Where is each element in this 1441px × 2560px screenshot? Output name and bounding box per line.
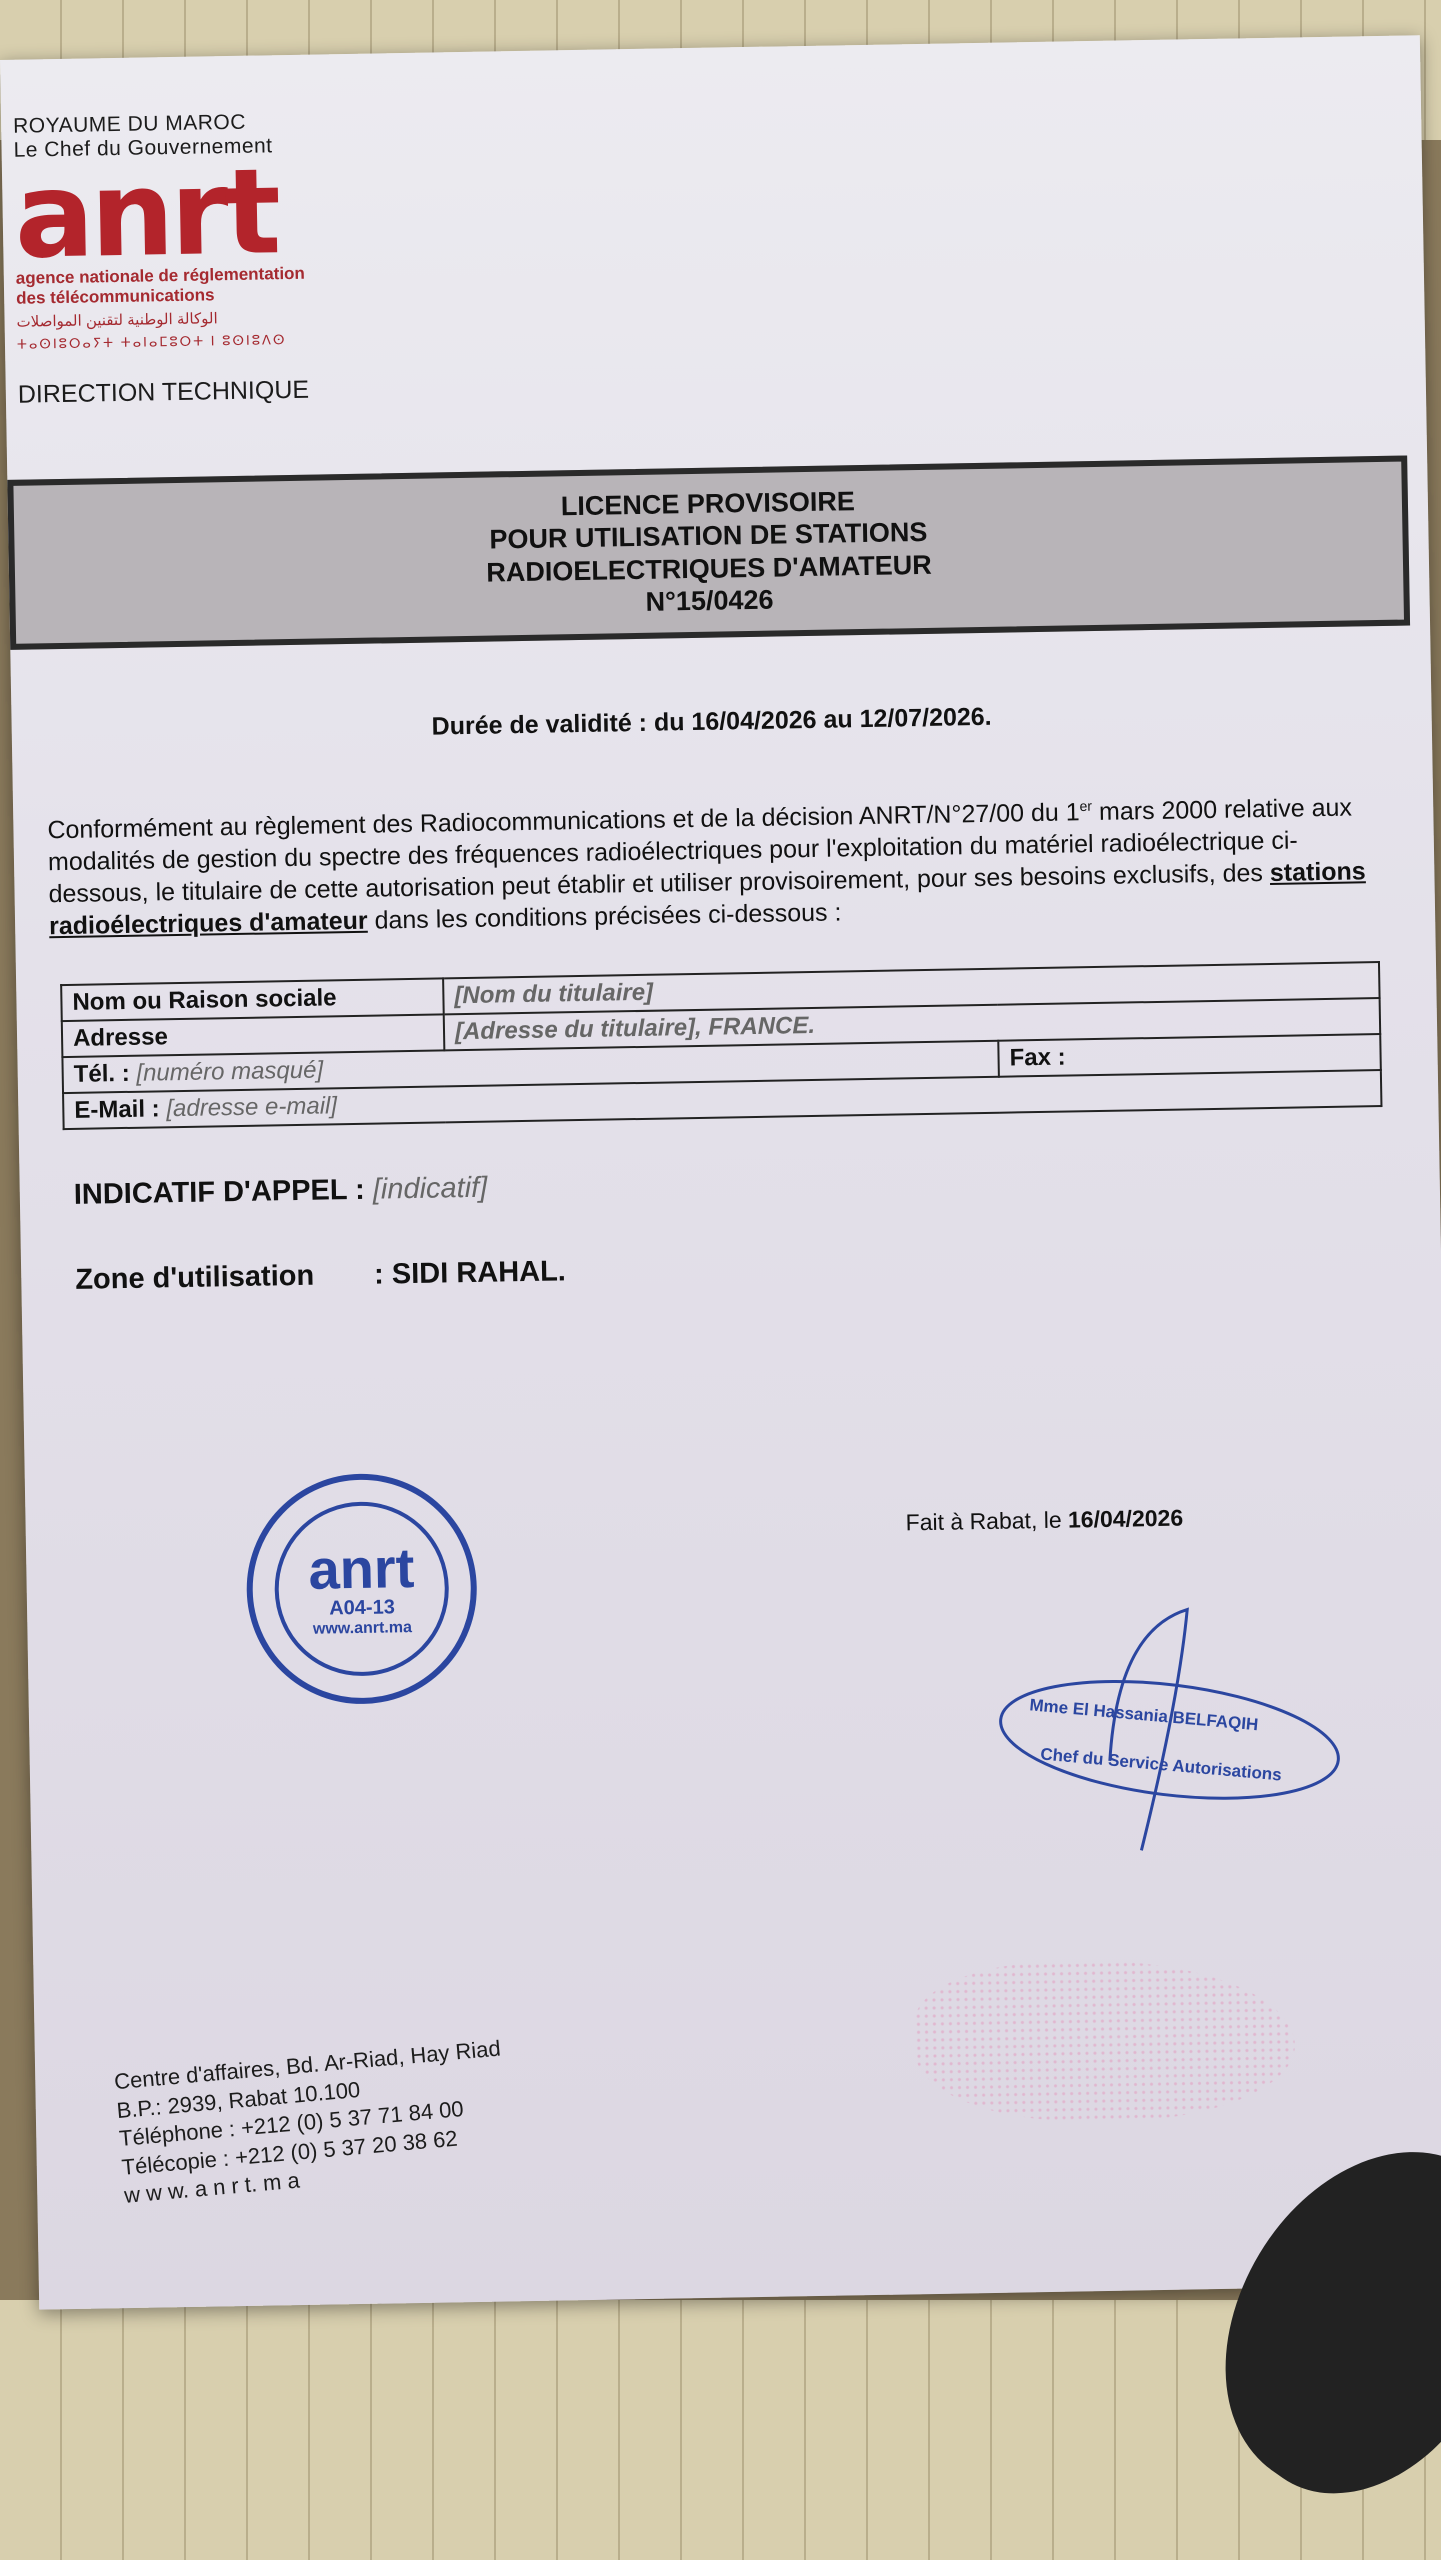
callsign-line: INDICATIF D'APPEL : [indicatif] <box>74 1172 488 1212</box>
direction-label: DIRECTION TECHNIQUE <box>18 375 310 409</box>
decorative-wave-icon <box>913 1958 1296 2125</box>
callsign-label: INDICATIF D'APPEL : <box>74 1174 366 1211</box>
licence-title-box: LICENCE PROVISOIRE POUR UTILISATION DE S… <box>7 456 1410 650</box>
made-at-label: Fait à Rabat, le <box>905 1507 1061 1536</box>
holder-table: Nom ou Raison sociale [Nom du titulaire]… <box>60 961 1382 1130</box>
anrt-stamp: anrt A04-13 www.anrt.ma <box>245 1472 479 1706</box>
legal-part-3: dans les conditions précisées ci-dessous… <box>367 898 841 934</box>
background-calendar-bottom <box>0 2300 1441 2560</box>
legal-paragraph: Conformément au règlement des Radiocommu… <box>47 791 1389 942</box>
phone-value: [numéro masqué] <box>136 1057 323 1087</box>
fax-label: Fax : <box>1009 1044 1065 1072</box>
agency-header: ROYAUME DU MAROC Le Chef du Gouvernement… <box>13 110 309 410</box>
legal-sup: er <box>1079 798 1092 814</box>
validity-period: Durée de validité : du 16/04/2026 au 12/… <box>12 695 1412 748</box>
agency-name-tifinagh: ⵜⴰⵙⵏⵓⵔⴰⵢⵜ ⵜⴰⵏⴰⵎⵓⵔⵜ ⵏ ⵓⵙⵏⵓⴷⵙ <box>17 331 308 352</box>
anrt-logo: anrt <box>14 158 307 269</box>
signature-stroke-icon <box>987 1597 1351 1863</box>
agency-name-arabic: الوكالة الوطنية لتقنين المواصلات <box>16 307 308 330</box>
agency-name-line-2: des télécommunications <box>16 284 308 309</box>
stamp-logo: anrt <box>308 1540 415 1598</box>
agency-footer: Centre d'affaires, Bd. Ar-Riad, Hay Riad… <box>113 2035 512 2211</box>
callsign-value: [indicatif] <box>373 1172 488 1206</box>
zone-label: Zone d'utilisation <box>75 1260 314 1296</box>
zone-value: : SIDI RAHAL. <box>374 1255 566 1290</box>
signature-block: Mme El Hassania BELFAQIH Chef du Service… <box>987 1597 1351 1863</box>
stamp-site: www.anrt.ma <box>313 1619 412 1639</box>
licence-document: ROYAUME DU MAROC Le Chef du Gouvernement… <box>0 35 1441 2309</box>
email-value: [adresse e-mail] <box>166 1092 337 1122</box>
email-label: E-Mail : <box>74 1095 160 1123</box>
place-date: Fait à Rabat, le 16/04/2026 <box>905 1505 1183 1537</box>
zone-line: Zone d'utilisation: SIDI RAHAL. <box>75 1255 566 1297</box>
stamp-code: A04-13 <box>329 1596 395 1620</box>
phone-label: Tél. : <box>73 1060 129 1088</box>
signing-date: 16/04/2026 <box>1068 1505 1184 1533</box>
